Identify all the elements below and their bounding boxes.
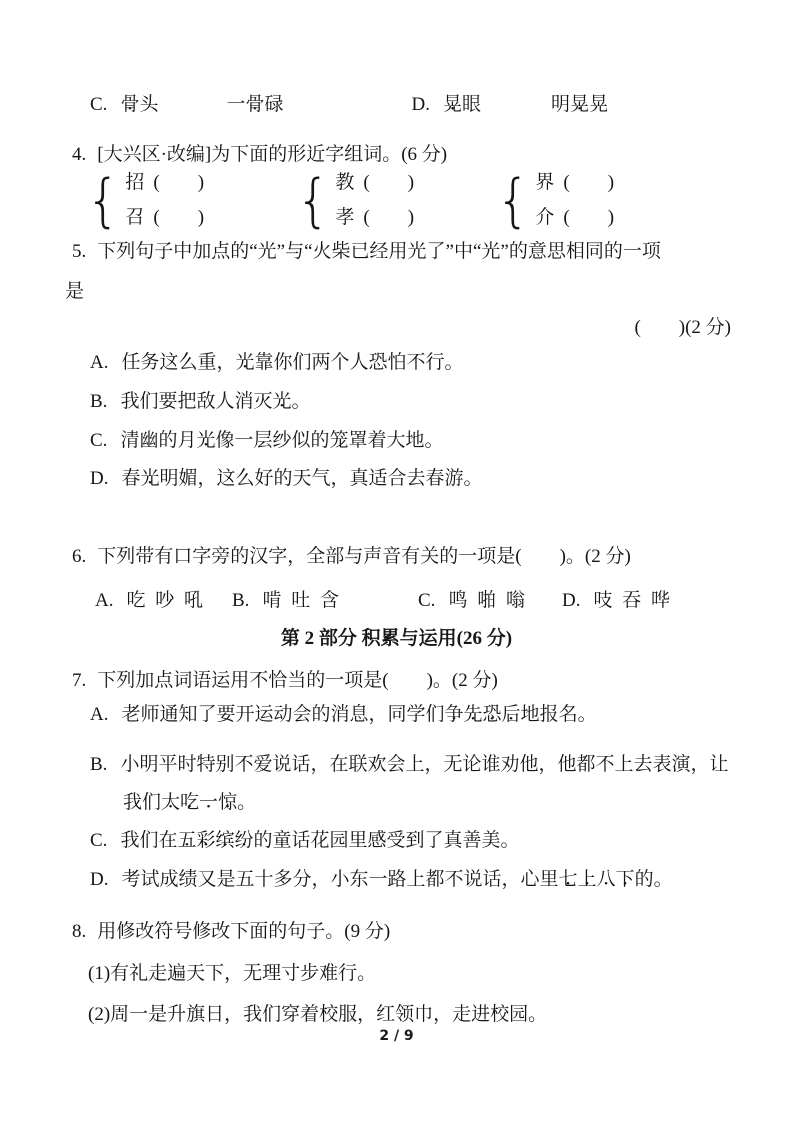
answer-blank: ( ) bbox=[363, 207, 414, 228]
option-text: 任务这么重，光靠你们两个人恐怕不行。 bbox=[121, 352, 463, 373]
option-text-post: 。 bbox=[237, 792, 256, 813]
section-header: 第 2 部分 积累与运用(26 分) bbox=[0, 626, 793, 652]
question-number: 5. bbox=[72, 239, 86, 265]
q7-option-c: C.我们在五彩缤纷的童话花园里感受到了真善美。 bbox=[0, 828, 793, 854]
word-text: 碌 bbox=[265, 94, 284, 115]
emphasized-char: 骨 bbox=[120, 94, 139, 115]
emphasized-char: 光 bbox=[141, 468, 160, 489]
answer-blank: ( ) bbox=[153, 172, 204, 193]
q6-option-d: D.吱 吞 哗 bbox=[562, 588, 670, 614]
option-text: 老师通知了要开运动会的消息，同学们争先恐后地报名。 bbox=[121, 704, 596, 725]
option-text: 啃 吐 含 bbox=[262, 590, 339, 611]
q3-c-word2: 一骨碌 bbox=[226, 92, 283, 118]
option-text: 吱 吞 哗 bbox=[593, 590, 670, 611]
character: 介 bbox=[535, 207, 554, 228]
q4-group-3: { 界( ) 介( ) bbox=[496, 170, 614, 231]
word-text: 头 bbox=[139, 94, 158, 115]
option-label: B. bbox=[90, 389, 107, 415]
q4-group-3-rows: 界( ) 介( ) bbox=[535, 170, 614, 231]
q8-title-line: 8.用修改符号修改下面的句子。(9 分) bbox=[0, 919, 793, 945]
sentence-text: (1)有礼走遍天下，无理寸步难行。 bbox=[88, 963, 376, 984]
q3-d-word2: 明晃晃 bbox=[551, 92, 608, 118]
option-label: A. bbox=[90, 702, 108, 728]
q4-groups-line: { 招( ) 召( ) { 教( ) 孝( ) { 界( ) 介( ) bbox=[0, 170, 793, 224]
option-text-pre: 我们在 bbox=[120, 830, 177, 851]
word-text: 明 bbox=[551, 94, 570, 115]
q4-group-2-rows: 教( ) 孝( ) bbox=[335, 170, 414, 231]
character: 孝 bbox=[335, 207, 354, 228]
question-title: 下列加点词语运用不恰当的一项是( )。(2 分) bbox=[97, 670, 498, 691]
option-label: D. bbox=[90, 867, 108, 893]
option-text-post: 的童话花园里感受到了真善美。 bbox=[254, 830, 520, 851]
brace-left-icon: { bbox=[496, 173, 530, 228]
brace-left-icon: { bbox=[86, 173, 120, 228]
q4-row: 孝( ) bbox=[335, 205, 414, 231]
option-text-pre: 考试成绩又是五十多分，小东一路上都不说话，心里 bbox=[121, 869, 558, 890]
q3-c-word1: 骨头 bbox=[120, 92, 158, 118]
emphasized-word: 大吃一惊 bbox=[161, 792, 237, 813]
character: 招 bbox=[125, 172, 144, 193]
option-text-post: 地报名。 bbox=[521, 704, 597, 725]
option-text-pre: 我们 bbox=[123, 792, 161, 813]
q6-option-c: C.鸣 啪 嗡 bbox=[418, 588, 525, 614]
brace-left-icon: { bbox=[296, 173, 330, 228]
character: 召 bbox=[125, 207, 144, 228]
option-label: C. bbox=[418, 588, 435, 614]
option-text: 小明平时特别不爱说话，在联欢会上，无论谁劝他，他都不上去表演，让 bbox=[120, 754, 728, 775]
q5-title-line: 5.下列句子中加点的“光”与“火柴已经用光了”中“光”的意思相同的一项 bbox=[0, 239, 793, 265]
option-text-pre: 老师通知了要开运动会的消息，同学们 bbox=[121, 704, 444, 725]
q8-item-2: (2)周一是升旗日，我们穿着校服，红领巾，走进校园。 bbox=[0, 1002, 793, 1028]
emphasized-char: 光 bbox=[196, 430, 215, 451]
option-text-pre: 清幽的月 bbox=[120, 430, 196, 451]
word-text: 晃 bbox=[589, 94, 608, 115]
q8-item-1: (1)有礼走遍天下，无理寸步难行。 bbox=[0, 961, 793, 987]
q4-group-2: { 教( ) 孝( ) bbox=[296, 170, 414, 231]
question-number: 8. bbox=[72, 919, 86, 945]
q7-option-b-line2: 我们大吃一惊。 bbox=[0, 790, 793, 816]
emphasized-char: 光 bbox=[236, 352, 255, 373]
option-text-post: 靠你们两个人恐怕不行。 bbox=[255, 352, 464, 373]
emphasized-word: 五彩缤纷 bbox=[177, 830, 253, 851]
word-text: 一 bbox=[226, 94, 245, 115]
option-text: 吃 吵 吼 bbox=[126, 590, 203, 611]
option-text-post: 。 bbox=[291, 391, 310, 412]
question-number: 6. bbox=[72, 544, 86, 570]
exam-page: C.骨头一骨碌D.晃眼明晃晃 4.[大兴区·改编]为下面的形近字组词。(6 分)… bbox=[0, 0, 793, 1122]
q3-d-word1: 晃眼 bbox=[443, 92, 481, 118]
option-label: D. bbox=[562, 588, 580, 614]
option-label: D. bbox=[90, 466, 108, 492]
character: 界 bbox=[535, 172, 554, 193]
q7-title-line: 7.下列加点词语运用不恰当的一项是( )。(2 分) bbox=[0, 668, 793, 694]
q4-row: 教( ) bbox=[335, 170, 414, 196]
option-text: 考试成绩又是五十多分，小东一路上都不说话，心里七上八下的。 bbox=[121, 869, 672, 890]
option-text: 鸣 啪 嗡 bbox=[448, 590, 525, 611]
q7-option-d: D.考试成绩又是五十多分，小东一路上都不说话，心里七上八下的。 bbox=[0, 867, 793, 893]
q7-option-b-line1: B.小明平时特别不爱说话，在联欢会上，无论谁劝他，他都不上去表演，让 bbox=[0, 752, 793, 778]
q4-row: 招( ) bbox=[125, 170, 204, 196]
q4-row: 介( ) bbox=[535, 205, 614, 231]
option-label: C. bbox=[90, 428, 107, 454]
option-label: A. bbox=[95, 588, 113, 614]
option-text-post: 明媚，这么好的天气，真适合去春游。 bbox=[160, 468, 483, 489]
question-title: 用修改符号修改下面的句子。(9 分) bbox=[97, 921, 390, 942]
question-title: [大兴区·改编]为下面的形近字组词。(6 分) bbox=[97, 144, 447, 165]
question-number: 7. bbox=[72, 668, 86, 694]
q5-option-b: B.我们要把敌人消灭光。 bbox=[0, 389, 793, 415]
q6-options-line: A.吃 吵 吼 B.啃 吐 含 C.鸣 啪 嗡 D.吱 吞 哗 bbox=[0, 588, 793, 616]
q4-title-line: 4.[大兴区·改编]为下面的形近字组词。(6 分) bbox=[0, 142, 793, 168]
emphasized-char: 晃 bbox=[570, 94, 589, 115]
question-title-continued: 是 bbox=[65, 281, 84, 302]
option-label-c: C. bbox=[90, 92, 107, 118]
option-text-pre: 春 bbox=[121, 468, 140, 489]
question-title: 下列句子中加点的“光”与“火柴已经用光了”中“光”的意思相同的一项 bbox=[97, 241, 661, 262]
option-text: 清幽的月光像一层纱似的笼罩着大地。 bbox=[120, 430, 443, 451]
q4-group-1: { 招( ) 召( ) bbox=[86, 170, 204, 231]
option-text-pre: 任务这么重， bbox=[121, 352, 235, 373]
option-label: A. bbox=[90, 350, 108, 376]
sentence-text: (2)周一是升旗日，我们穿着校服，红领巾，走进校园。 bbox=[88, 1004, 547, 1025]
emphasized-char: 晃 bbox=[443, 94, 462, 115]
question-title: 下列带有口字旁的汉字，全部与声音有关的一项是( )。(2 分) bbox=[97, 546, 631, 567]
answer-blank: ( )(2 分) bbox=[634, 315, 731, 341]
option-text-post: 像一层纱似的笼罩着大地。 bbox=[215, 430, 443, 451]
question-number: 4. bbox=[72, 142, 86, 168]
q5-option-c: C.清幽的月光像一层纱似的笼罩着大地。 bbox=[0, 428, 793, 454]
q4-row: 界( ) bbox=[535, 170, 614, 196]
q5-option-d: D.春光明媚，这么好的天气，真适合去春游。 bbox=[0, 466, 793, 492]
q6-option-b: B.啃 吐 含 bbox=[232, 588, 339, 614]
q4-row: 召( ) bbox=[125, 205, 204, 231]
option-text: 我们在五彩缤纷的童话花园里感受到了真善美。 bbox=[120, 830, 519, 851]
option-label: B. bbox=[232, 588, 249, 614]
emphasized-char: 骨 bbox=[245, 94, 264, 115]
option-label: C. bbox=[90, 828, 107, 854]
page-number: 2 / 9 bbox=[0, 1028, 793, 1044]
emphasized-word: 七上八下 bbox=[559, 869, 635, 890]
emphasized-char: 光 bbox=[272, 391, 291, 412]
option-text: 春光明媚，这么好的天气，真适合去春游。 bbox=[121, 468, 482, 489]
q4-group-1-rows: 招( ) 召( ) bbox=[125, 170, 204, 231]
option-label: B. bbox=[90, 752, 107, 778]
q7-option-a: A.老师通知了要开运动会的消息，同学们争先恐后地报名。 bbox=[0, 702, 793, 728]
q3-options-line: C.骨头一骨碌D.晃眼明晃晃 bbox=[0, 92, 793, 118]
answer-blank: ( ) bbox=[563, 172, 614, 193]
q6-title-line: 6.下列带有口字旁的汉字，全部与声音有关的一项是( )。(2 分) bbox=[0, 544, 793, 570]
option-text: 我们要把敌人消灭光。 bbox=[120, 391, 310, 412]
emphasized-word: 争先恐后 bbox=[445, 704, 521, 725]
q5-title-line2: 是 bbox=[0, 279, 793, 305]
answer-blank: ( ) bbox=[363, 172, 414, 193]
option-text-post: 的。 bbox=[635, 869, 673, 890]
answer-blank: ( ) bbox=[563, 207, 614, 228]
answer-blank: ( ) bbox=[153, 207, 204, 228]
character: 教 bbox=[335, 172, 354, 193]
option-text-pre: 我们要把敌人消灭 bbox=[120, 391, 272, 412]
option-text: 我们大吃一惊。 bbox=[123, 792, 256, 813]
q5-option-a: A.任务这么重，光靠你们两个人恐怕不行。 bbox=[0, 350, 793, 376]
word-text: 眼 bbox=[462, 94, 481, 115]
q6-option-a: A.吃 吵 吼 bbox=[95, 588, 203, 614]
option-label-d: D. bbox=[412, 92, 430, 118]
